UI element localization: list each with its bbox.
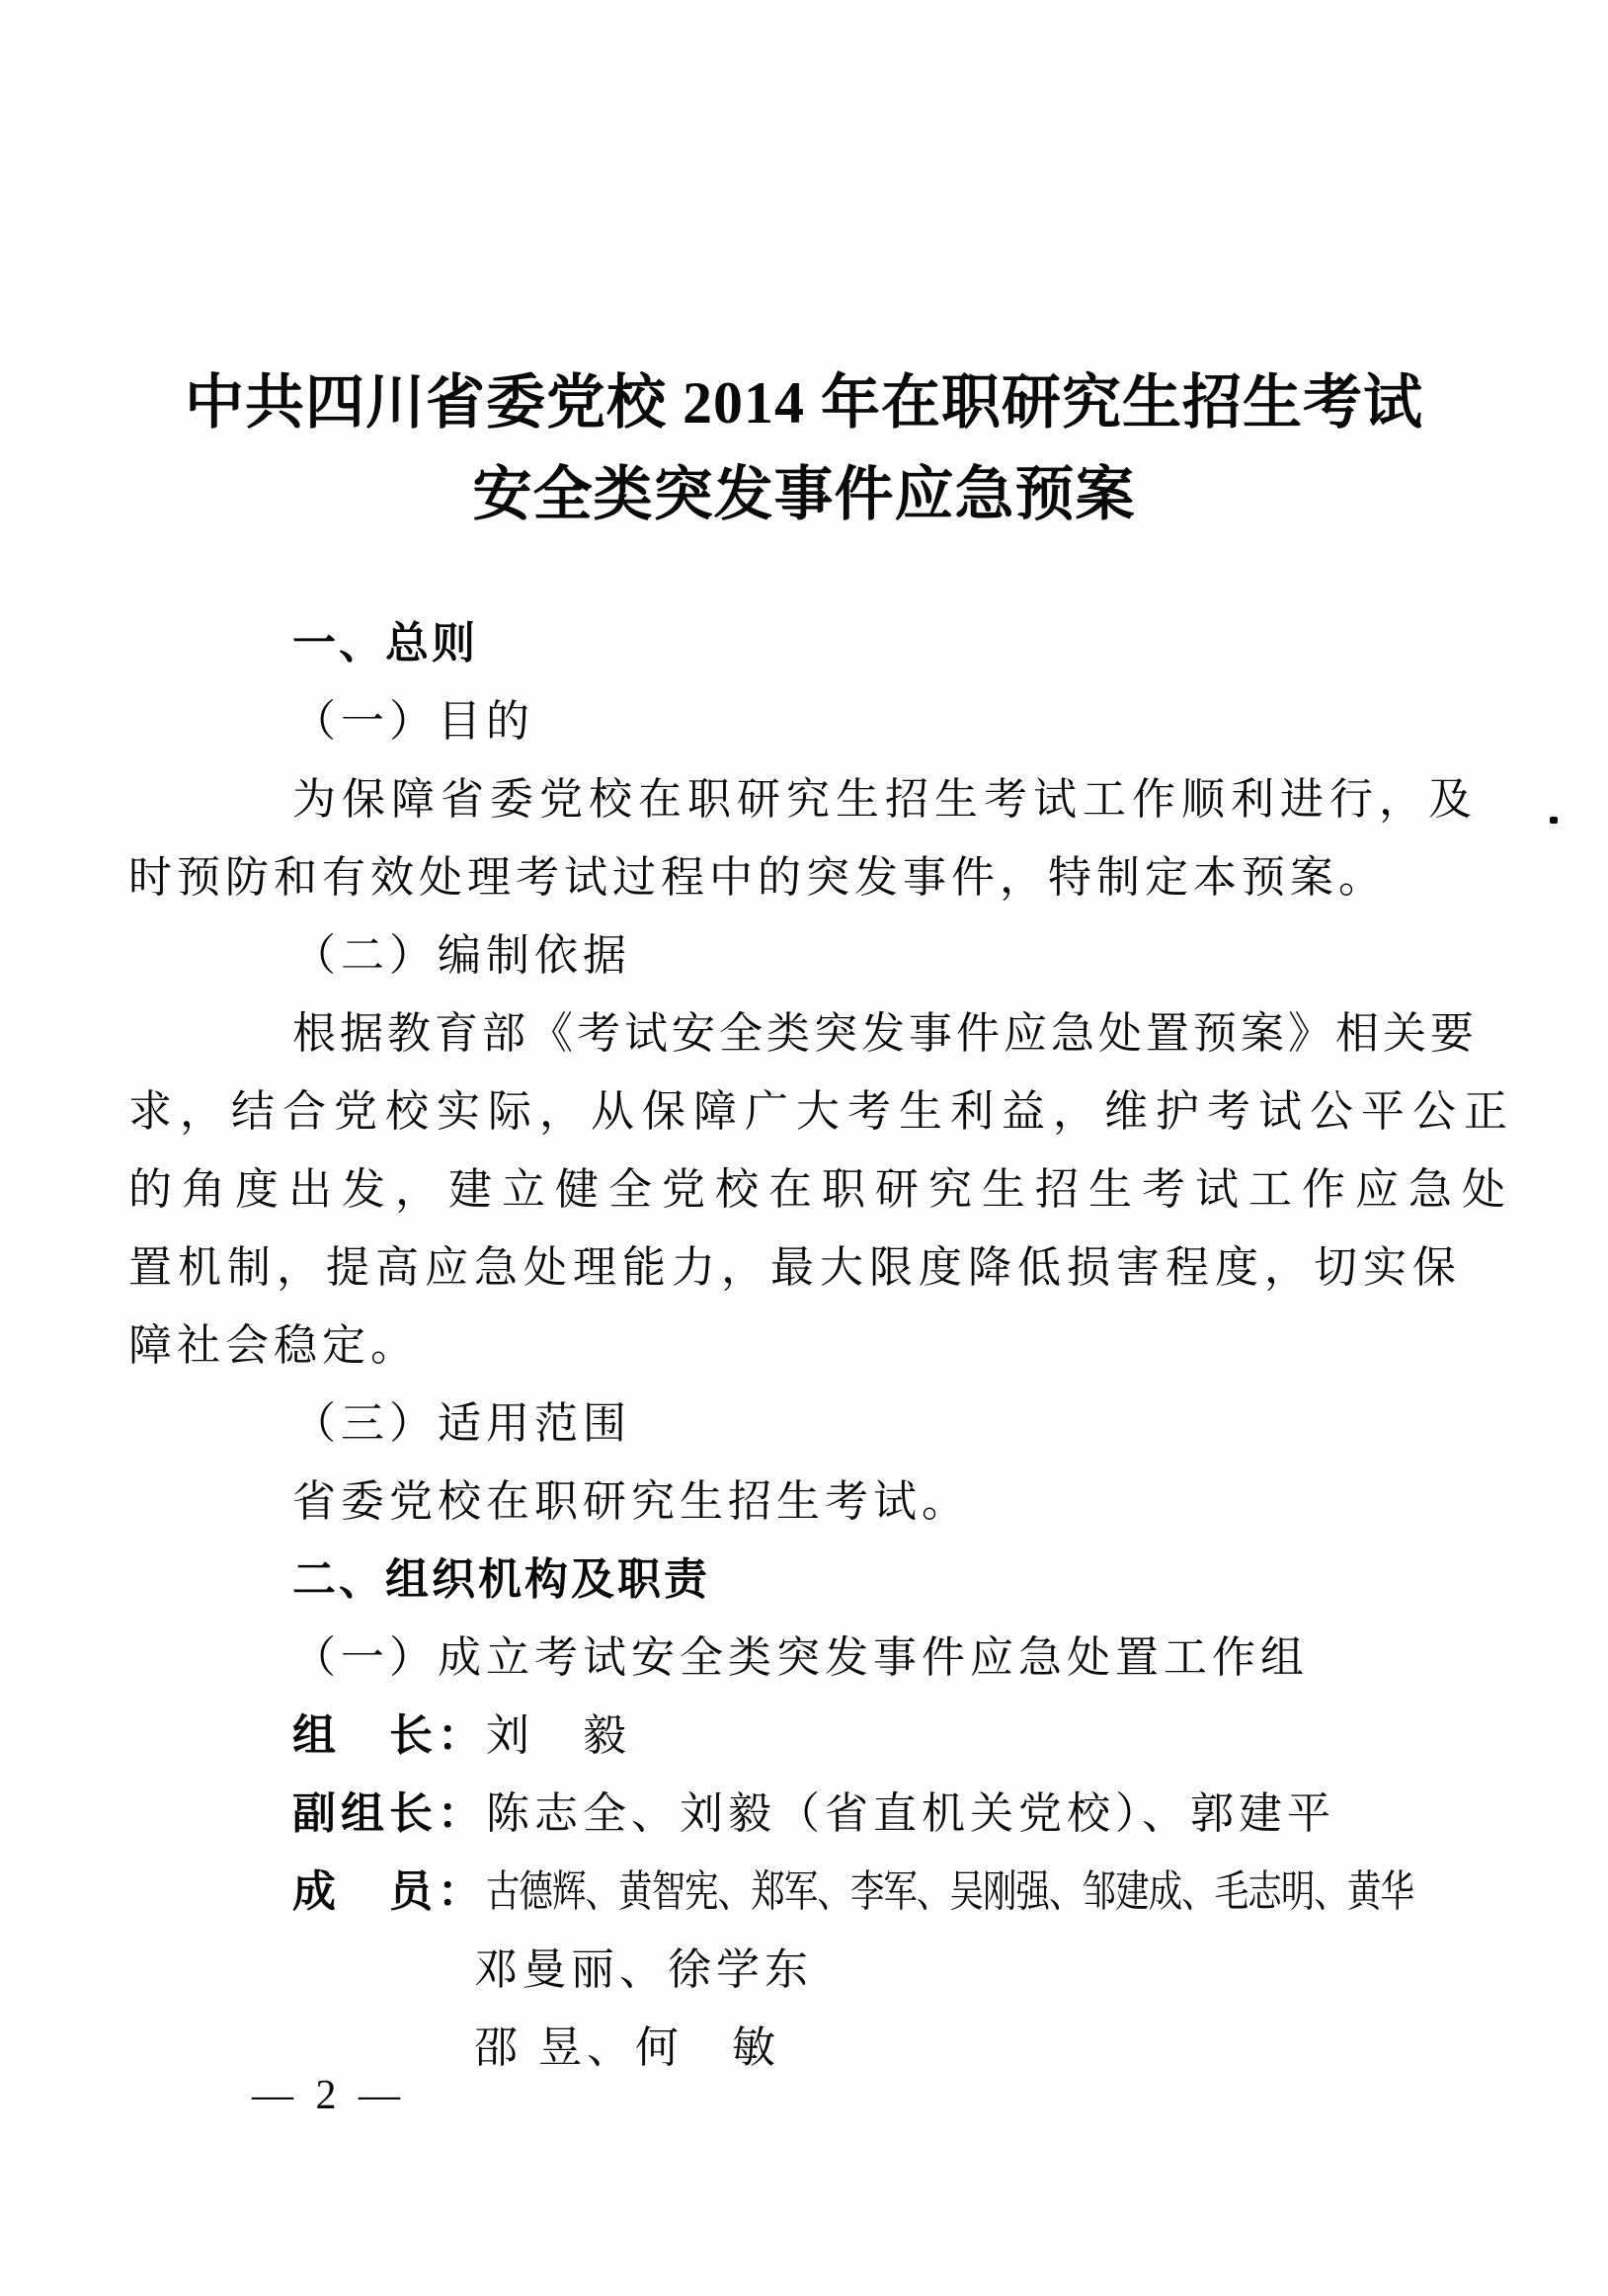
role-label-deputy-leader: 副组长： xyxy=(292,1789,486,1838)
role-value-leader: 刘 毅 xyxy=(486,1711,631,1760)
role-row-members: 成 员：古德辉、黄智宪、郑军、李军、吴刚强、邹建成、毛志明、黄华 xyxy=(128,1853,1482,1931)
paragraph-purpose-line-2: 时预防和有效处理考试过程中的突发事件，特制定本预案。 xyxy=(128,838,1482,916)
paragraph-purpose-line-1: 为保障省委党校在职研究生招生考试工作顺利进行，及 xyxy=(128,760,1482,838)
page-title-line2: 安全类突发事件应急预案 xyxy=(0,449,1608,541)
paragraph-scope: 省委党校在职研究生招生考试。 xyxy=(128,1463,1482,1541)
paragraph-basis-line-1: 根据教育部《考试安全类突发事件应急处置预案》相关要 xyxy=(128,994,1482,1072)
document-title: 中共四川省委党校 2014 年在职研究生招生考试 安全类突发事件应急预案 xyxy=(0,0,1608,541)
role-label-leader: 组 长： xyxy=(292,1711,486,1760)
subsection-1-2-heading: （二）编制依据 xyxy=(128,916,1482,994)
document-body: 一、总则 （一）目的 为保障省委党校在职研究生招生考试工作顺利进行，及 时预防和… xyxy=(0,604,1608,2087)
subsection-1-1-heading: （一）目的 xyxy=(128,682,1482,760)
subsection-1-3-heading: （三）适用范围 xyxy=(128,1385,1482,1463)
section-2-heading: 二、组织机构及职责 xyxy=(128,1541,1482,1619)
paragraph-basis-line-5: 障社会稳定。 xyxy=(128,1306,1482,1385)
document-page: 中共四川省委党校 2014 年在职研究生招生考试 安全类突发事件应急预案 一、总… xyxy=(0,0,1608,2296)
role-members-continued-1: 邓曼丽、徐学东 xyxy=(128,1931,1482,2009)
role-row-deputy-leader: 副组长：陈志全、刘毅（省直机关党校）、郭建平 xyxy=(128,1775,1482,1853)
role-value-deputy-leader: 陈志全、刘毅（省直机关党校）、郭建平 xyxy=(486,1789,1335,1838)
paragraph-basis-line-3: 的角度出发，建立健全党校在职研究生招生考试工作应急处 xyxy=(128,1150,1482,1228)
role-row-leader: 组 长：刘 毅 xyxy=(128,1697,1482,1775)
paragraph-basis-line-4: 置机制，提高应急处理能力，最大限度降低损害程度，切实保 xyxy=(128,1228,1482,1306)
role-value-members: 古德辉、黄智宪、郑军、李军、吴刚强、邹建成、毛志明、黄华 xyxy=(486,1853,1413,1931)
page-title-line1: 中共四川省委党校 2014 年在职研究生招生考试 xyxy=(0,357,1608,449)
page-number: — 2 — xyxy=(252,2072,406,2119)
scan-artifact-dot xyxy=(1550,817,1558,824)
paragraph-basis-line-2: 求，结合党校实际，从保障广大考生利益，维护考试公平公正 xyxy=(128,1072,1482,1150)
role-label-members: 成 员： xyxy=(292,1867,486,1916)
subsection-2-1-heading: （一）成立考试安全类突发事件应急处置工作组 xyxy=(128,1619,1482,1697)
section-1-heading: 一、总则 xyxy=(128,604,1482,682)
